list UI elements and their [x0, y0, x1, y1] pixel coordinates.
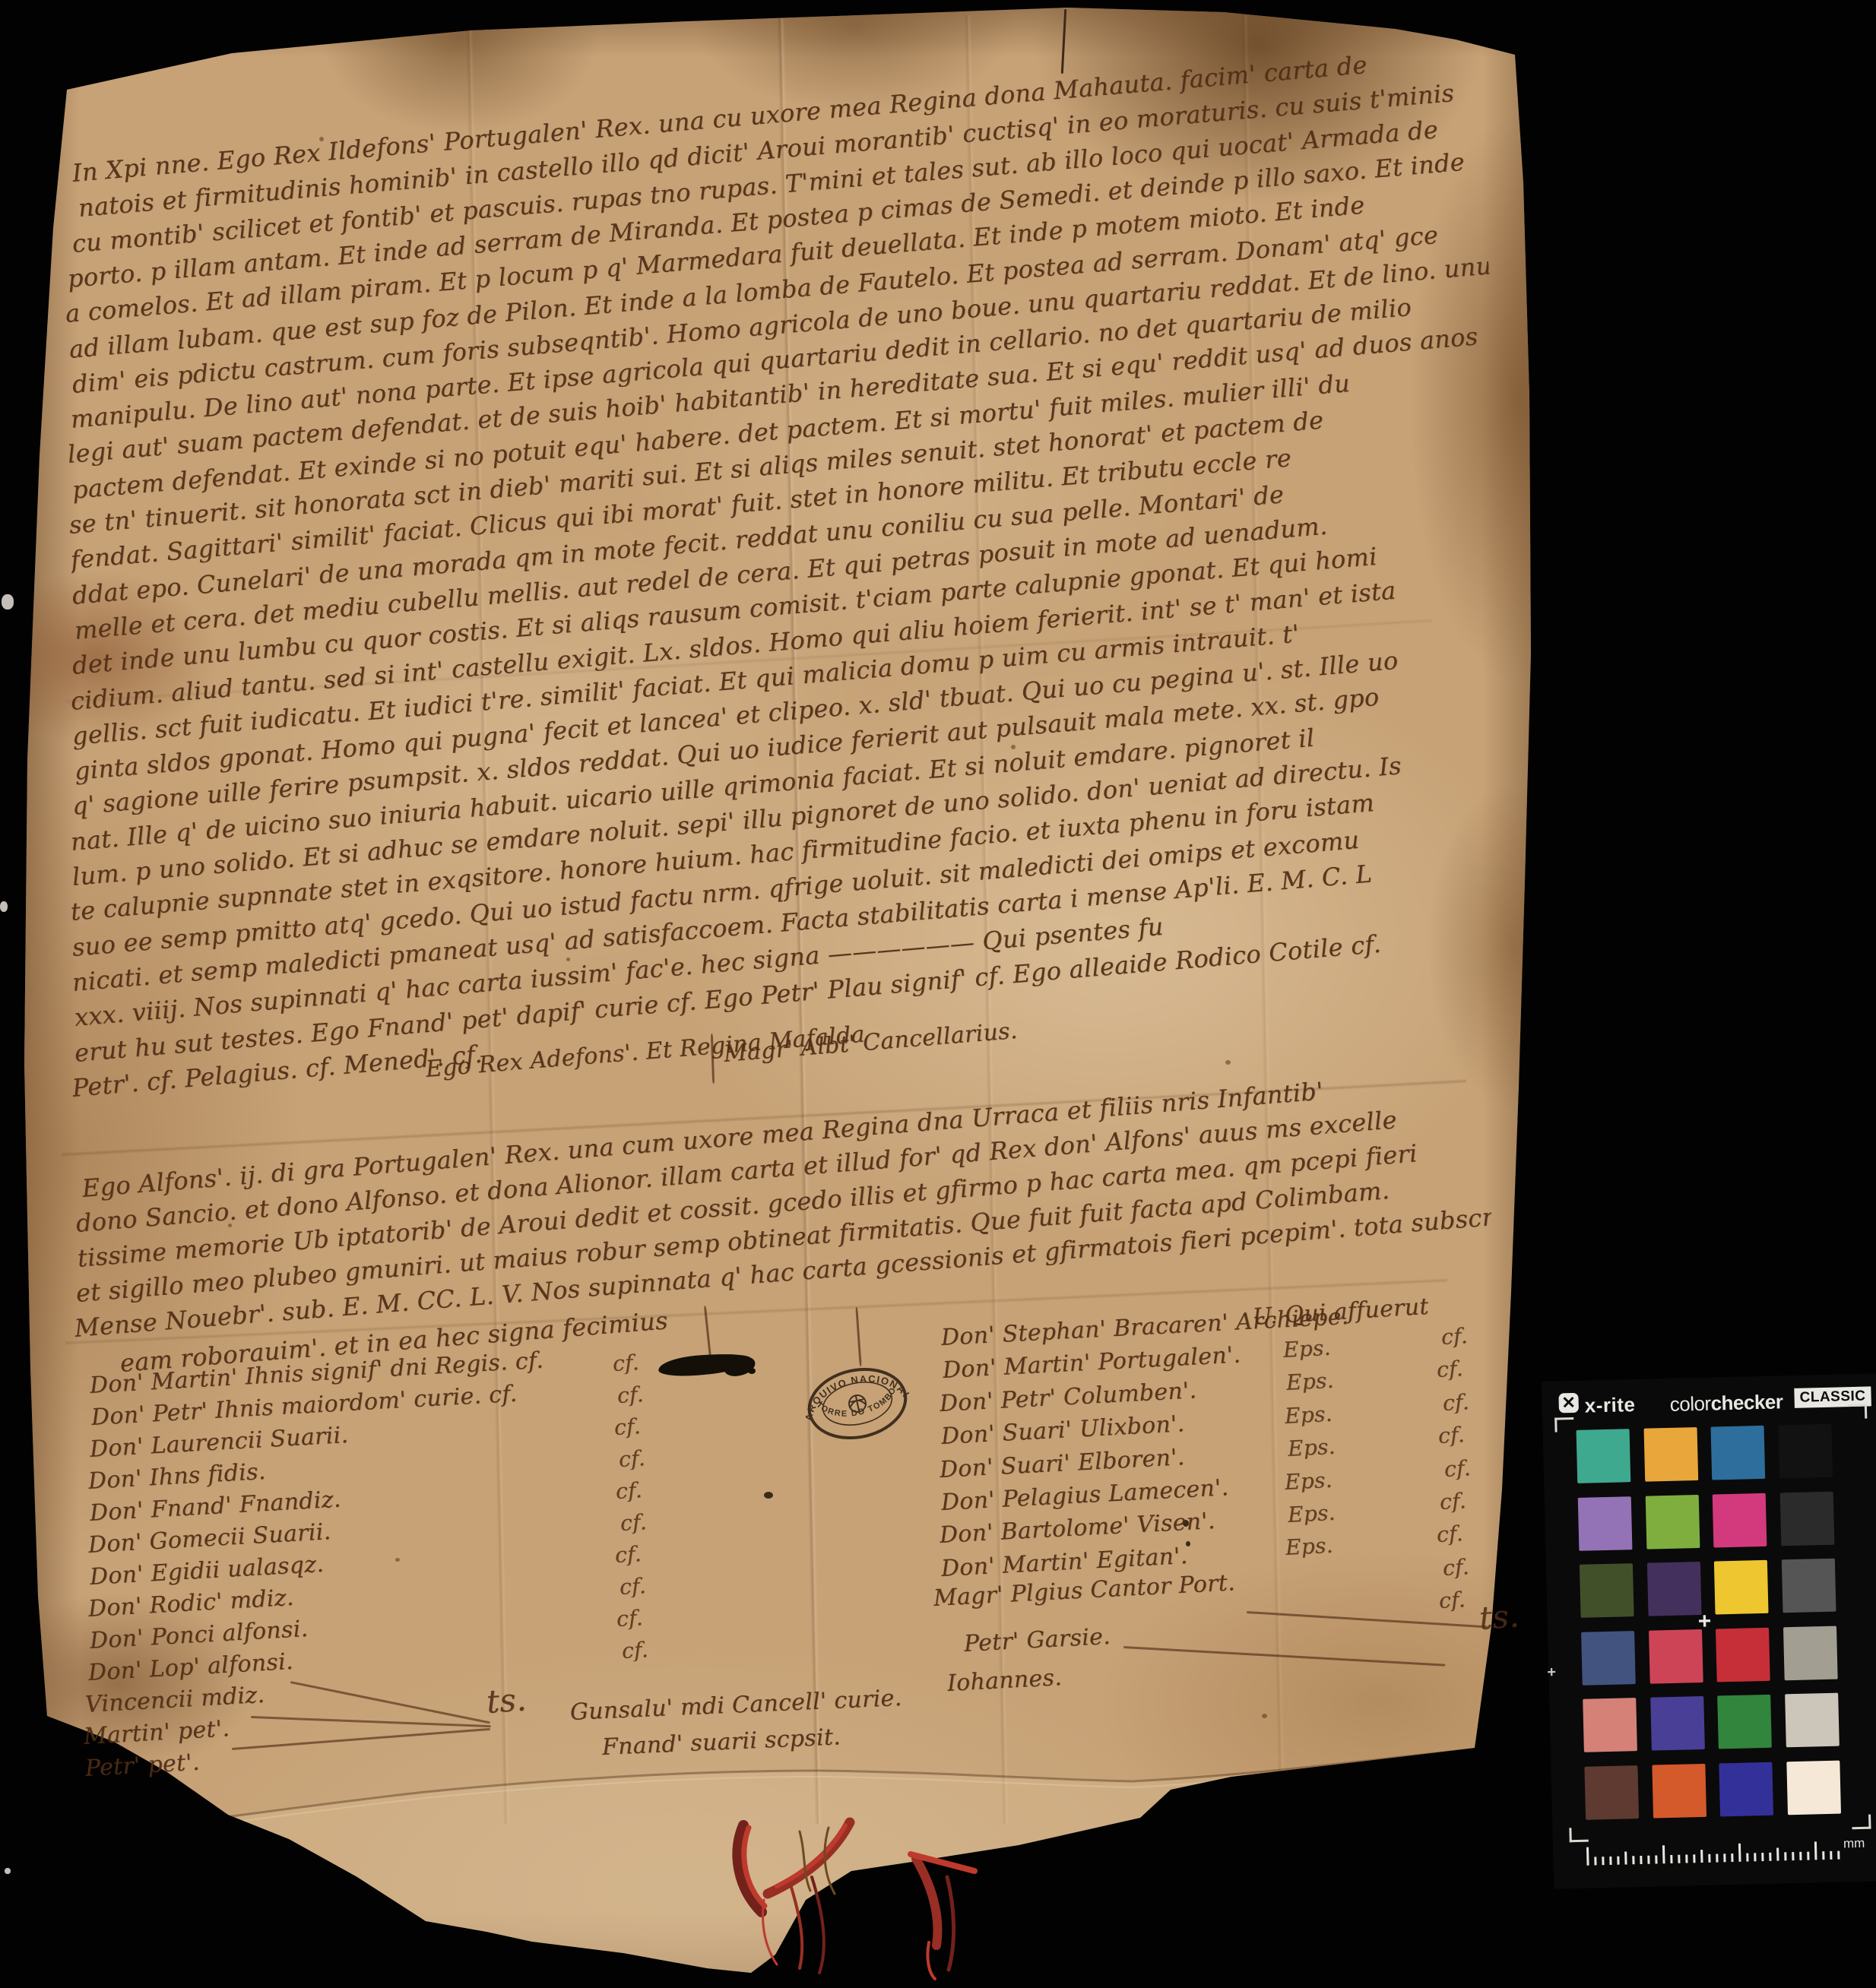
witness-right: Petr' Garsie. — [963, 1625, 1111, 1657]
ruler-tick — [1609, 1857, 1611, 1865]
confirmation-mark: cf. — [1436, 1358, 1463, 1382]
witness-left: Vincencii mdiz. — [84, 1683, 265, 1717]
confirmation-mark: cf. — [1439, 1489, 1466, 1513]
colorchecker-patch-r3c4 — [1781, 1559, 1836, 1613]
confirmation-mark: cf. — [615, 1479, 642, 1502]
confirmation-mark: cf. — [1442, 1391, 1469, 1414]
ruler-tick — [1624, 1851, 1627, 1864]
center-crosshair-icon: + — [1697, 1609, 1711, 1635]
ruler-tick — [1784, 1852, 1786, 1860]
xrite-brand: x-rite — [1584, 1393, 1635, 1418]
colorchecker-patch-r4c1 — [1581, 1631, 1636, 1686]
ruler-tick — [1586, 1847, 1589, 1866]
colorchecker-patch-r6c4 — [1786, 1760, 1841, 1815]
witness-right: Iohannes. — [946, 1666, 1063, 1695]
chancery-line: Fnand' suarii scpsit. — [601, 1725, 841, 1759]
chancery-line: Gunsalu' mdi Cancell' curie. — [569, 1686, 902, 1725]
bishop-mark: Eps. — [1285, 1534, 1333, 1559]
confirmation-mark: cf. — [1438, 1588, 1466, 1612]
pen-flourish — [290, 1681, 490, 1724]
witness-right: Don' Pelagius Lamecen'. — [940, 1476, 1229, 1515]
ruler-tick — [1723, 1853, 1725, 1862]
confirmation-mark: cf. — [619, 1575, 646, 1598]
confirmation-mark: cf. — [618, 1447, 645, 1470]
witness-right: Don' Suari' Ulixbon'. — [940, 1412, 1185, 1448]
colorchecker-patch-r3c2 — [1646, 1562, 1701, 1616]
witness-left: Don' Ihns fidis. — [87, 1460, 266, 1494]
bishop-mark: Eps. — [1284, 1468, 1333, 1493]
colorchecker-patch-r6c3 — [1719, 1762, 1773, 1816]
colorchecker-title-light: color — [1669, 1392, 1711, 1416]
colorchecker-patch-r3c1 — [1580, 1563, 1634, 1618]
ruler-tick — [1700, 1850, 1703, 1863]
colorchecker-patch-r6c1 — [1584, 1765, 1639, 1820]
ruler-tick — [1830, 1851, 1832, 1860]
witness-left: Petr' pet'. — [84, 1751, 200, 1781]
ruler-tick — [1837, 1851, 1840, 1860]
ruler-tick — [1640, 1856, 1642, 1864]
witness-right: Don' Suari' Elboren'. — [939, 1445, 1185, 1482]
colorchecker-patch-r3c3 — [1714, 1560, 1769, 1615]
ruler-tick — [1678, 1855, 1680, 1863]
ruler-tick — [1731, 1853, 1733, 1862]
bishop-mark: Eps. — [1285, 1369, 1334, 1394]
colorchecker-patch-r5c4 — [1785, 1693, 1840, 1748]
colorchecker-patch-r4c4 — [1783, 1626, 1837, 1680]
notary-mark: ts. — [1478, 1599, 1520, 1635]
corner-bracket-icon — [1852, 1815, 1871, 1830]
ruler-tick — [1799, 1852, 1802, 1860]
confirmation-mark: cf. — [616, 1607, 643, 1630]
colorchecker-patch-r5c1 — [1583, 1698, 1637, 1752]
ruler-tick — [1754, 1853, 1756, 1861]
ink-blot — [748, 1368, 756, 1374]
ruler-tick — [1807, 1852, 1809, 1860]
corner-bracket-icon — [1848, 1404, 1867, 1420]
confirmation-mark: cf. — [614, 1543, 642, 1566]
ruler-tick — [1708, 1854, 1710, 1863]
confirmation-mark: cf. — [1440, 1325, 1468, 1348]
confirmation-mark: cf. — [621, 1638, 648, 1662]
xrite-logo-icon: ✕ — [1558, 1393, 1579, 1413]
confirmation-mark: cf. — [1437, 1423, 1465, 1447]
corner-bracket-icon — [1554, 1417, 1573, 1432]
witness-right: Don' Martin' Portugalen'. — [942, 1344, 1241, 1383]
witness-left: Martin' pet'. — [83, 1717, 230, 1749]
ruler-tick — [1822, 1851, 1824, 1860]
pen-flourish — [1123, 1646, 1446, 1667]
colorchecker-title-bold: checker — [1710, 1390, 1783, 1414]
ruler-tick — [1716, 1854, 1718, 1863]
witness-right: Don' Petr' Columben'. — [939, 1379, 1197, 1416]
confirmation-mark: cf. — [1442, 1556, 1469, 1579]
mm-ruler — [1586, 1840, 1840, 1866]
ruler-tick — [1776, 1848, 1779, 1861]
ruler-tick — [1647, 1856, 1649, 1864]
witness-left: Don' Rodic' mdiz. — [87, 1586, 294, 1622]
ruler-tick — [1746, 1853, 1748, 1862]
ruler-tick — [1693, 1854, 1695, 1863]
colorchecker-patch-r6c2 — [1652, 1763, 1706, 1818]
colorchecker-patch-r2c2 — [1645, 1495, 1700, 1550]
ruler-tick — [1670, 1855, 1672, 1863]
bishop-mark: Eps. — [1287, 1502, 1336, 1527]
colorchecker-patch-r1c4 — [1778, 1424, 1833, 1479]
bishop-mark: Eps. — [1282, 1337, 1331, 1362]
notary-mark: ts. — [485, 1683, 528, 1719]
colorchecker-patch-r4c3 — [1716, 1627, 1770, 1682]
confirmation-mark: cf. — [612, 1351, 639, 1375]
colorchecker-patch-r1c3 — [1711, 1426, 1766, 1480]
ruler-tick — [1655, 1855, 1657, 1863]
confirmation-mark: cf. — [613, 1415, 641, 1439]
ruler-tick — [1632, 1856, 1634, 1864]
pen-flourish — [251, 1716, 491, 1727]
colorchecker-patch-r2c3 — [1713, 1493, 1767, 1547]
ruler-tick — [1602, 1857, 1604, 1865]
ruler-tick — [1685, 1855, 1687, 1863]
witness-left: Don' Fnand' Fnandiz. — [89, 1488, 341, 1526]
confirmation-mark: cf. — [620, 1511, 647, 1534]
witness-right: Don' Bartolome' Visen'. — [939, 1509, 1215, 1547]
ruler-tick — [1617, 1857, 1619, 1865]
colorchecker-title: colorchecker — [1669, 1390, 1783, 1417]
bishop-mark: Eps. — [1284, 1403, 1333, 1428]
colorchecker-patch-r2c4 — [1779, 1491, 1834, 1546]
attestation-chancellor: Magr' Albt' Cancellarius. — [723, 1019, 1019, 1066]
confirmation-mark: cf. — [1443, 1457, 1471, 1480]
pen-flourish — [1247, 1611, 1488, 1628]
colorchecker-patch-r5c3 — [1717, 1695, 1772, 1749]
colorchecker-patch-r1c1 — [1577, 1429, 1631, 1483]
ruler-tick — [1662, 1845, 1665, 1863]
ruler-tick — [1594, 1857, 1596, 1865]
ruler-tick — [1738, 1844, 1741, 1862]
ruler-tick — [1814, 1841, 1817, 1860]
edge-crosshair-icon: + — [1547, 1664, 1556, 1682]
confirmation-mark: cf. — [616, 1383, 644, 1407]
colorchecker-card: ✕ x-rite colorchecker CLASSIC + + mm — [1542, 1373, 1876, 1889]
colorchecker-patch-r4c2 — [1649, 1629, 1703, 1683]
ruler-unit-label: mm — [1843, 1836, 1865, 1852]
corner-bracket-icon — [1569, 1828, 1588, 1843]
photograph-stage: In Xpi nne. Ego Rex Ildefons' Portugalen… — [0, 0, 1876, 1988]
confirmation-mark: cf. — [1436, 1523, 1463, 1546]
colorchecker-patch-r1c2 — [1643, 1427, 1698, 1482]
witness-left: Don' Lop' alfonsi. — [87, 1650, 293, 1686]
pen-flourish — [232, 1728, 490, 1750]
ruler-tick — [1769, 1853, 1771, 1861]
witness-left: Don' Laurencii Suarii. — [89, 1423, 349, 1461]
colorchecker-patch-r2c1 — [1578, 1496, 1633, 1551]
witness-left: Don' Ponci alfonsi. — [89, 1617, 309, 1654]
colorchecker-patch-r5c2 — [1650, 1696, 1705, 1751]
ruler-tick — [1761, 1853, 1764, 1861]
witness-left: Don' Egidii ualasqz. — [89, 1553, 325, 1590]
witness-left: Don' Gomecii Suarii. — [87, 1520, 331, 1557]
bishop-mark: Eps. — [1287, 1436, 1336, 1461]
ruler-tick — [1792, 1852, 1794, 1860]
